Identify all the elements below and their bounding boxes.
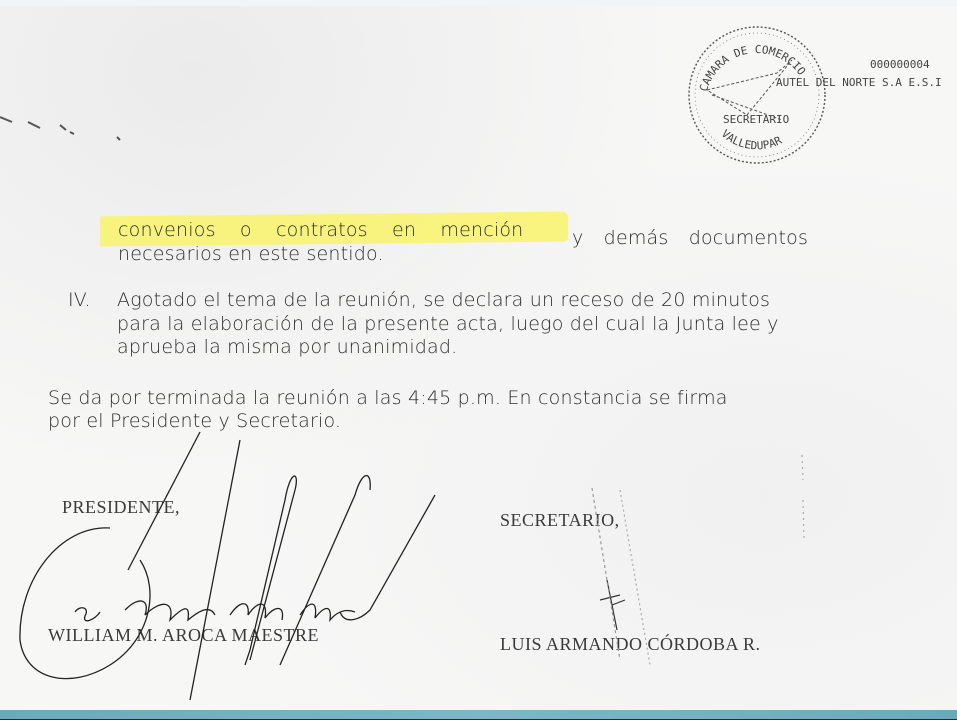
item-iv-line-1: Agotado el tema de la reunión, se declar… [117,289,770,311]
president-label: PRESIDENTE, [62,497,180,518]
item-iv-line-3: aprueba la misma por unanimidad. [117,336,457,358]
stamp-id-number: 000000004 [870,58,930,71]
president-name: WILLIAM M. AROCA MAESTRE [48,625,319,646]
scan-marks-icon [0,0,200,160]
paragraph-line-highlighted: convenios o contratos en mención [118,219,523,241]
stamp-seal-icon: CAMARA DE COMERCIO VALLEDUPAR SECRETARIO [0,0,957,720]
closing-line-2: por el Presidente y Secretario. [48,410,341,432]
svg-text:VALLEDUPAR: VALLEDUPAR [719,127,784,152]
closing-line-1: Se da por terminada la reunión a las 4:4… [48,387,728,409]
item-iv-line-2: para la elaboración de la presente acta,… [117,313,779,335]
stamp-company-name: AUTEL DEL NORTE S.A E.S.I [776,76,942,89]
president-signature-icon [0,0,957,720]
paragraph-line-rest: y demás documentos [572,227,808,249]
bottom-accent-bar [0,710,957,719]
secretary-name: LUIS ARMANDO CÓRDOBA R. [500,634,761,655]
item-number: IV. [68,289,91,311]
svg-text:SECRETARIO: SECRETARIO [723,113,789,126]
secretary-label: SECRETARIO, [500,510,620,531]
scanned-document-page: CAMARA DE COMERCIO VALLEDUPAR SECRETARIO… [0,0,957,710]
top-edge [0,0,957,6]
paragraph-line-2: necesarios en este sentido. [118,243,384,265]
